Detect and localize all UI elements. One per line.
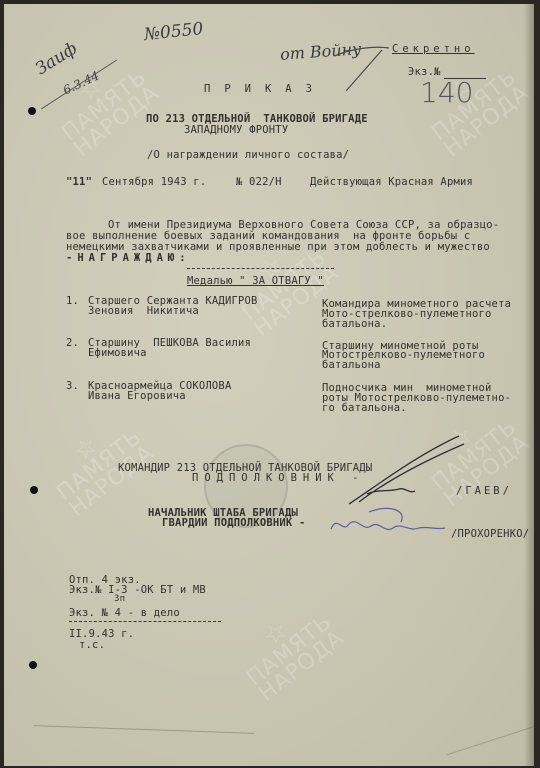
- intro-line-1: От имени Президиума Верховного Совета Со…: [108, 220, 499, 230]
- typing-date: II.9.43 г.: [69, 629, 134, 639]
- copy-4: Экз. № 4 - в дело: [69, 608, 180, 618]
- punch-hole: [28, 107, 36, 115]
- chief-of-staff-rank: ГВАРДИИ ПОДПОЛКОВНИК -: [162, 518, 305, 528]
- awardee-name: Ивана Егоровича: [88, 391, 186, 401]
- intro-line-3: немецкими захватчиками и проявленные при…: [66, 242, 490, 252]
- copy-number-blank: [444, 78, 486, 79]
- order-date: Сентября 1943 г.: [102, 177, 206, 187]
- chief-of-staff-name: /ПРОХОРЕНКО/: [451, 529, 529, 539]
- separator-dashes: [69, 621, 221, 622]
- awardee-number: 2.: [66, 338, 79, 348]
- paper-fold: [446, 724, 534, 756]
- awardee-name: Зеновия Никитича: [88, 306, 199, 316]
- awardee-position: батальона.: [322, 319, 387, 329]
- handwritten-copy-number: 140: [420, 76, 473, 109]
- commander-signature: [349, 434, 469, 509]
- order-date-day: "11": [66, 177, 92, 187]
- separator-dashes: [187, 268, 334, 269]
- unit-line: ПО 213 ОТДЕЛЬНОЙ ТАНКОВОЙ БРИГАДЕ: [146, 114, 368, 124]
- copies-sub: Зп: [114, 594, 125, 604]
- watermark: ☆ПАМЯТЬНАРОДА: [231, 595, 348, 706]
- paper-fold: [34, 725, 254, 734]
- punch-hole: [30, 486, 38, 494]
- intro-line-2: вое выполнение боевых заданий командован…: [66, 231, 470, 241]
- handwritten-number-note: №0550: [143, 19, 204, 45]
- awardee-number: 3.: [66, 381, 79, 391]
- front-line: ЗАПАДНОМУ ФРОНТУ: [184, 125, 288, 135]
- order-location: Действующая Красная Армия: [310, 177, 473, 187]
- copy-number-label: Экз.№: [408, 67, 441, 77]
- annotation-stroke: [334, 46, 394, 96]
- order-subject: /О награждении личного состава/: [147, 150, 349, 160]
- medal-name: Медалью " ЗА ОТВАГУ ": [187, 276, 324, 286]
- order-number: № 022/Н: [236, 177, 282, 187]
- awardee-number: 1.: [66, 296, 79, 306]
- awardee-position: го батальона.: [322, 403, 407, 413]
- award-verb: -НАГРАЖДАЮ:: [66, 253, 191, 263]
- secrecy-label: Секретно: [392, 44, 475, 54]
- copies-1-3: Экз.№ I-3 -ОК БТ и МВ: [69, 585, 206, 595]
- awardee-name: Ефимовича: [88, 348, 147, 358]
- awardee-position: батальона: [322, 360, 381, 370]
- handwritten-archive-note: Заиф: [32, 39, 81, 80]
- commander-rank: ПОДПОЛКОВНИК -: [192, 473, 365, 483]
- typist-initials: т.с.: [79, 640, 105, 650]
- page-title: ПРИКАЗ: [204, 84, 326, 94]
- document-page: ☆ПАМЯТЬНАРОДА ☆ПАМЯТЬНАРОДА ☆ПАМЯТЬНАРОД…: [4, 4, 534, 766]
- punch-hole: [29, 661, 37, 669]
- chief-of-staff-signature: [329, 504, 447, 544]
